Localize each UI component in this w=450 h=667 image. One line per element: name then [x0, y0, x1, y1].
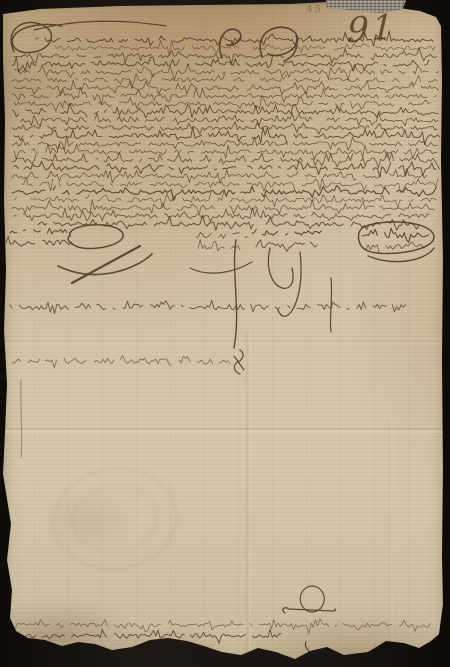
- script-line: [12, 136, 437, 150]
- script-line: [21, 113, 438, 126]
- bottom-rubric: [304, 642, 310, 659]
- signature3-stroke: [330, 278, 331, 332]
- signature1-rubric-loop: [68, 225, 123, 249]
- handwriting-ink: [0, 0, 450, 667]
- ink-speck: [159, 299, 161, 301]
- signature1-slash-tip: [70, 281, 79, 288]
- signature1-underline: [58, 254, 152, 274]
- script-line: [198, 240, 240, 251]
- signature4-underline: [368, 248, 434, 262]
- fold-crease-vertical: [246, 330, 251, 667]
- signature2-underline: [190, 262, 252, 273]
- script-line: [14, 144, 437, 160]
- ink-speck: [307, 451, 310, 454]
- line1-large-letter: [260, 27, 298, 61]
- ink-speck: [311, 507, 313, 509]
- script-line: [362, 228, 429, 242]
- initial-flourish: [11, 22, 62, 52]
- script-line: [12, 356, 230, 368]
- pencil-annotation: 45: [306, 4, 323, 16]
- signature2-descender: [234, 240, 237, 348]
- script-line: [14, 64, 439, 80]
- ink-speck: [277, 496, 279, 498]
- script-line: [14, 80, 439, 95]
- bottom-circle-tail: [283, 608, 335, 613]
- ink-speck: [295, 362, 297, 364]
- script-line: [14, 48, 437, 65]
- script-line: [12, 200, 434, 215]
- left-margin-ink-blob: [19, 458, 24, 463]
- script-line: [12, 619, 438, 634]
- ink-speck: [319, 461, 321, 463]
- script-line: [12, 56, 437, 72]
- script-line: [12, 122, 437, 135]
- fold-crease-horizontal-faint: [0, 340, 450, 345]
- ink-speck: [289, 502, 292, 505]
- fold-crease-horizontal: [0, 428, 450, 433]
- fees-line-rubric: [234, 350, 244, 374]
- script-line: [38, 215, 419, 230]
- script-line: [12, 169, 435, 184]
- blind-seal-impression: [46, 460, 185, 579]
- paper-aging-stains: [0, 0, 450, 667]
- signature1-slash: [72, 246, 140, 283]
- script-line: [22, 177, 439, 192]
- blind-seal-inner-ring: [68, 479, 163, 558]
- ink-speck: [382, 461, 384, 463]
- ink-speck: [426, 83, 428, 85]
- photo-backdrop: 91 45: [0, 0, 450, 667]
- script-line: [14, 191, 436, 207]
- script-line: [12, 103, 438, 118]
- script-line: [12, 152, 440, 169]
- script-line: [12, 186, 436, 201]
- signature3-descender: [278, 252, 301, 316]
- ink-speck: [202, 351, 204, 353]
- flourishes-group: [11, 21, 434, 659]
- initial-flourish-tail: [34, 21, 166, 30]
- script-line: [14, 208, 430, 222]
- folio-number: 91: [346, 10, 396, 49]
- bottom-circle-flourish: [300, 586, 324, 612]
- fold-crease-vertical-faint: [388, 420, 393, 667]
- script-line: [14, 161, 436, 177]
- script-line: [196, 233, 247, 239]
- ink-speck: [336, 457, 338, 459]
- script-line: [14, 127, 440, 144]
- left-margin-ink-streak: [21, 380, 22, 458]
- script-line: [14, 95, 436, 112]
- script-line: [10, 228, 67, 234]
- script-line: [16, 629, 281, 643]
- script-line: [12, 87, 437, 105]
- signature3-loop: [268, 248, 293, 288]
- ink-speck: [129, 425, 131, 427]
- script-line: [6, 237, 73, 247]
- ink-speck: [282, 449, 285, 452]
- manuscript-page: 91 45: [0, 0, 450, 667]
- line1-large-letter: [220, 29, 241, 58]
- ink-speck: [309, 571, 311, 573]
- script-line: [252, 229, 321, 235]
- script-line: [366, 242, 426, 252]
- ink-speck: [344, 467, 346, 469]
- script-line: [10, 300, 406, 313]
- ink-speck: [294, 454, 296, 456]
- signature4-cartouche: [359, 222, 435, 254]
- ink-speck: [329, 499, 331, 501]
- script-line: [256, 240, 317, 251]
- script-line: [12, 73, 437, 89]
